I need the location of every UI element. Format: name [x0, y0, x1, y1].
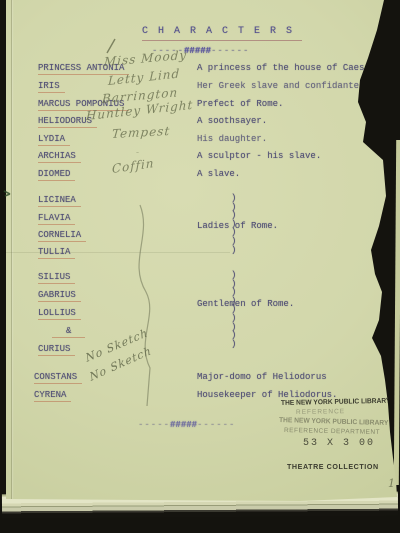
character-name: GABRIUS [38, 290, 81, 302]
character-description: A slave. [197, 169, 240, 179]
page-title: CHARACTERS [142, 27, 302, 41]
character-name: DIOMED [38, 169, 75, 181]
character-name: CYRENA [34, 390, 71, 402]
group-label: Gentlemen of Rome. [197, 299, 294, 309]
character-name: CONSTANS [34, 372, 82, 384]
character-description: Her Greek slave and confidante. [197, 81, 364, 91]
character-name: LICINEA [38, 195, 81, 207]
actor-annotation: - [136, 148, 140, 158]
character-name: IRIS [38, 81, 65, 93]
library-stamp-line: THE NEW YORK PUBLIC LIBRARY [281, 398, 390, 407]
actor-annotation: Tempest [111, 124, 170, 141]
separator-dashes-right: ------ [197, 420, 235, 430]
page-number: 1 [388, 477, 395, 490]
separator-overstrike: ##### [184, 46, 211, 56]
character-name: CORNELIA [38, 230, 86, 242]
character-name: CURIUS [38, 344, 75, 356]
library-stamp-line: REFERENCE DEPARTMENT [284, 427, 380, 436]
character-name: LOLLIUS [38, 308, 81, 320]
separator-overstrike: ##### [170, 420, 197, 430]
character-description: A sculptor - his slave. [197, 151, 321, 161]
separator-dashes-left: ----- [138, 420, 170, 430]
character-description: A soothsayer. [197, 116, 267, 126]
accession-number-stamp: 53 X 3 00 [303, 438, 375, 449]
theatre-collection-stamp: THEATRE COLLECTION [287, 462, 379, 471]
character-description: Major-domo of Heliodorus [197, 372, 327, 382]
character-name: LYDIA [38, 134, 70, 146]
character-name-ampersand: & [52, 326, 85, 338]
character-description: A princess of the house of Caesar. [197, 63, 381, 73]
underlying-page-edge-right [394, 140, 400, 485]
character-description: Prefect of Rome. [197, 99, 283, 109]
character-name: TULLIA [38, 247, 75, 259]
character-name: SILIUS [38, 272, 75, 284]
separator-dashes-right: ------ [211, 46, 249, 56]
group-bracket: ))))))))) [231, 271, 236, 348]
vertical-crease [11, 0, 12, 499]
group-label: Ladies of Rome. [197, 221, 278, 231]
bracket-glyph: ) [231, 340, 236, 349]
horizontal-crease [0, 252, 230, 253]
typescript-sheet: CHARACTERS -----#####------ PRINCESS ANT… [0, 0, 400, 533]
library-stamp-line: THE NEW YORK PUBLIC LIBRARY [279, 417, 389, 427]
character-name: ARCHIAS [38, 151, 81, 163]
bracket-glyph: ) [231, 246, 236, 255]
character-description: His daughter. [197, 134, 267, 144]
actor-annotation: Coffin [112, 156, 154, 176]
character-name: FLAVIA [38, 213, 75, 225]
photographed-typescript-page: CHARACTERS -----#####------ PRINCESS ANT… [0, 0, 400, 533]
library-stamp-line: REFERENCE [296, 408, 345, 416]
ornament-separator-bottom: -----#####------ [138, 420, 235, 430]
